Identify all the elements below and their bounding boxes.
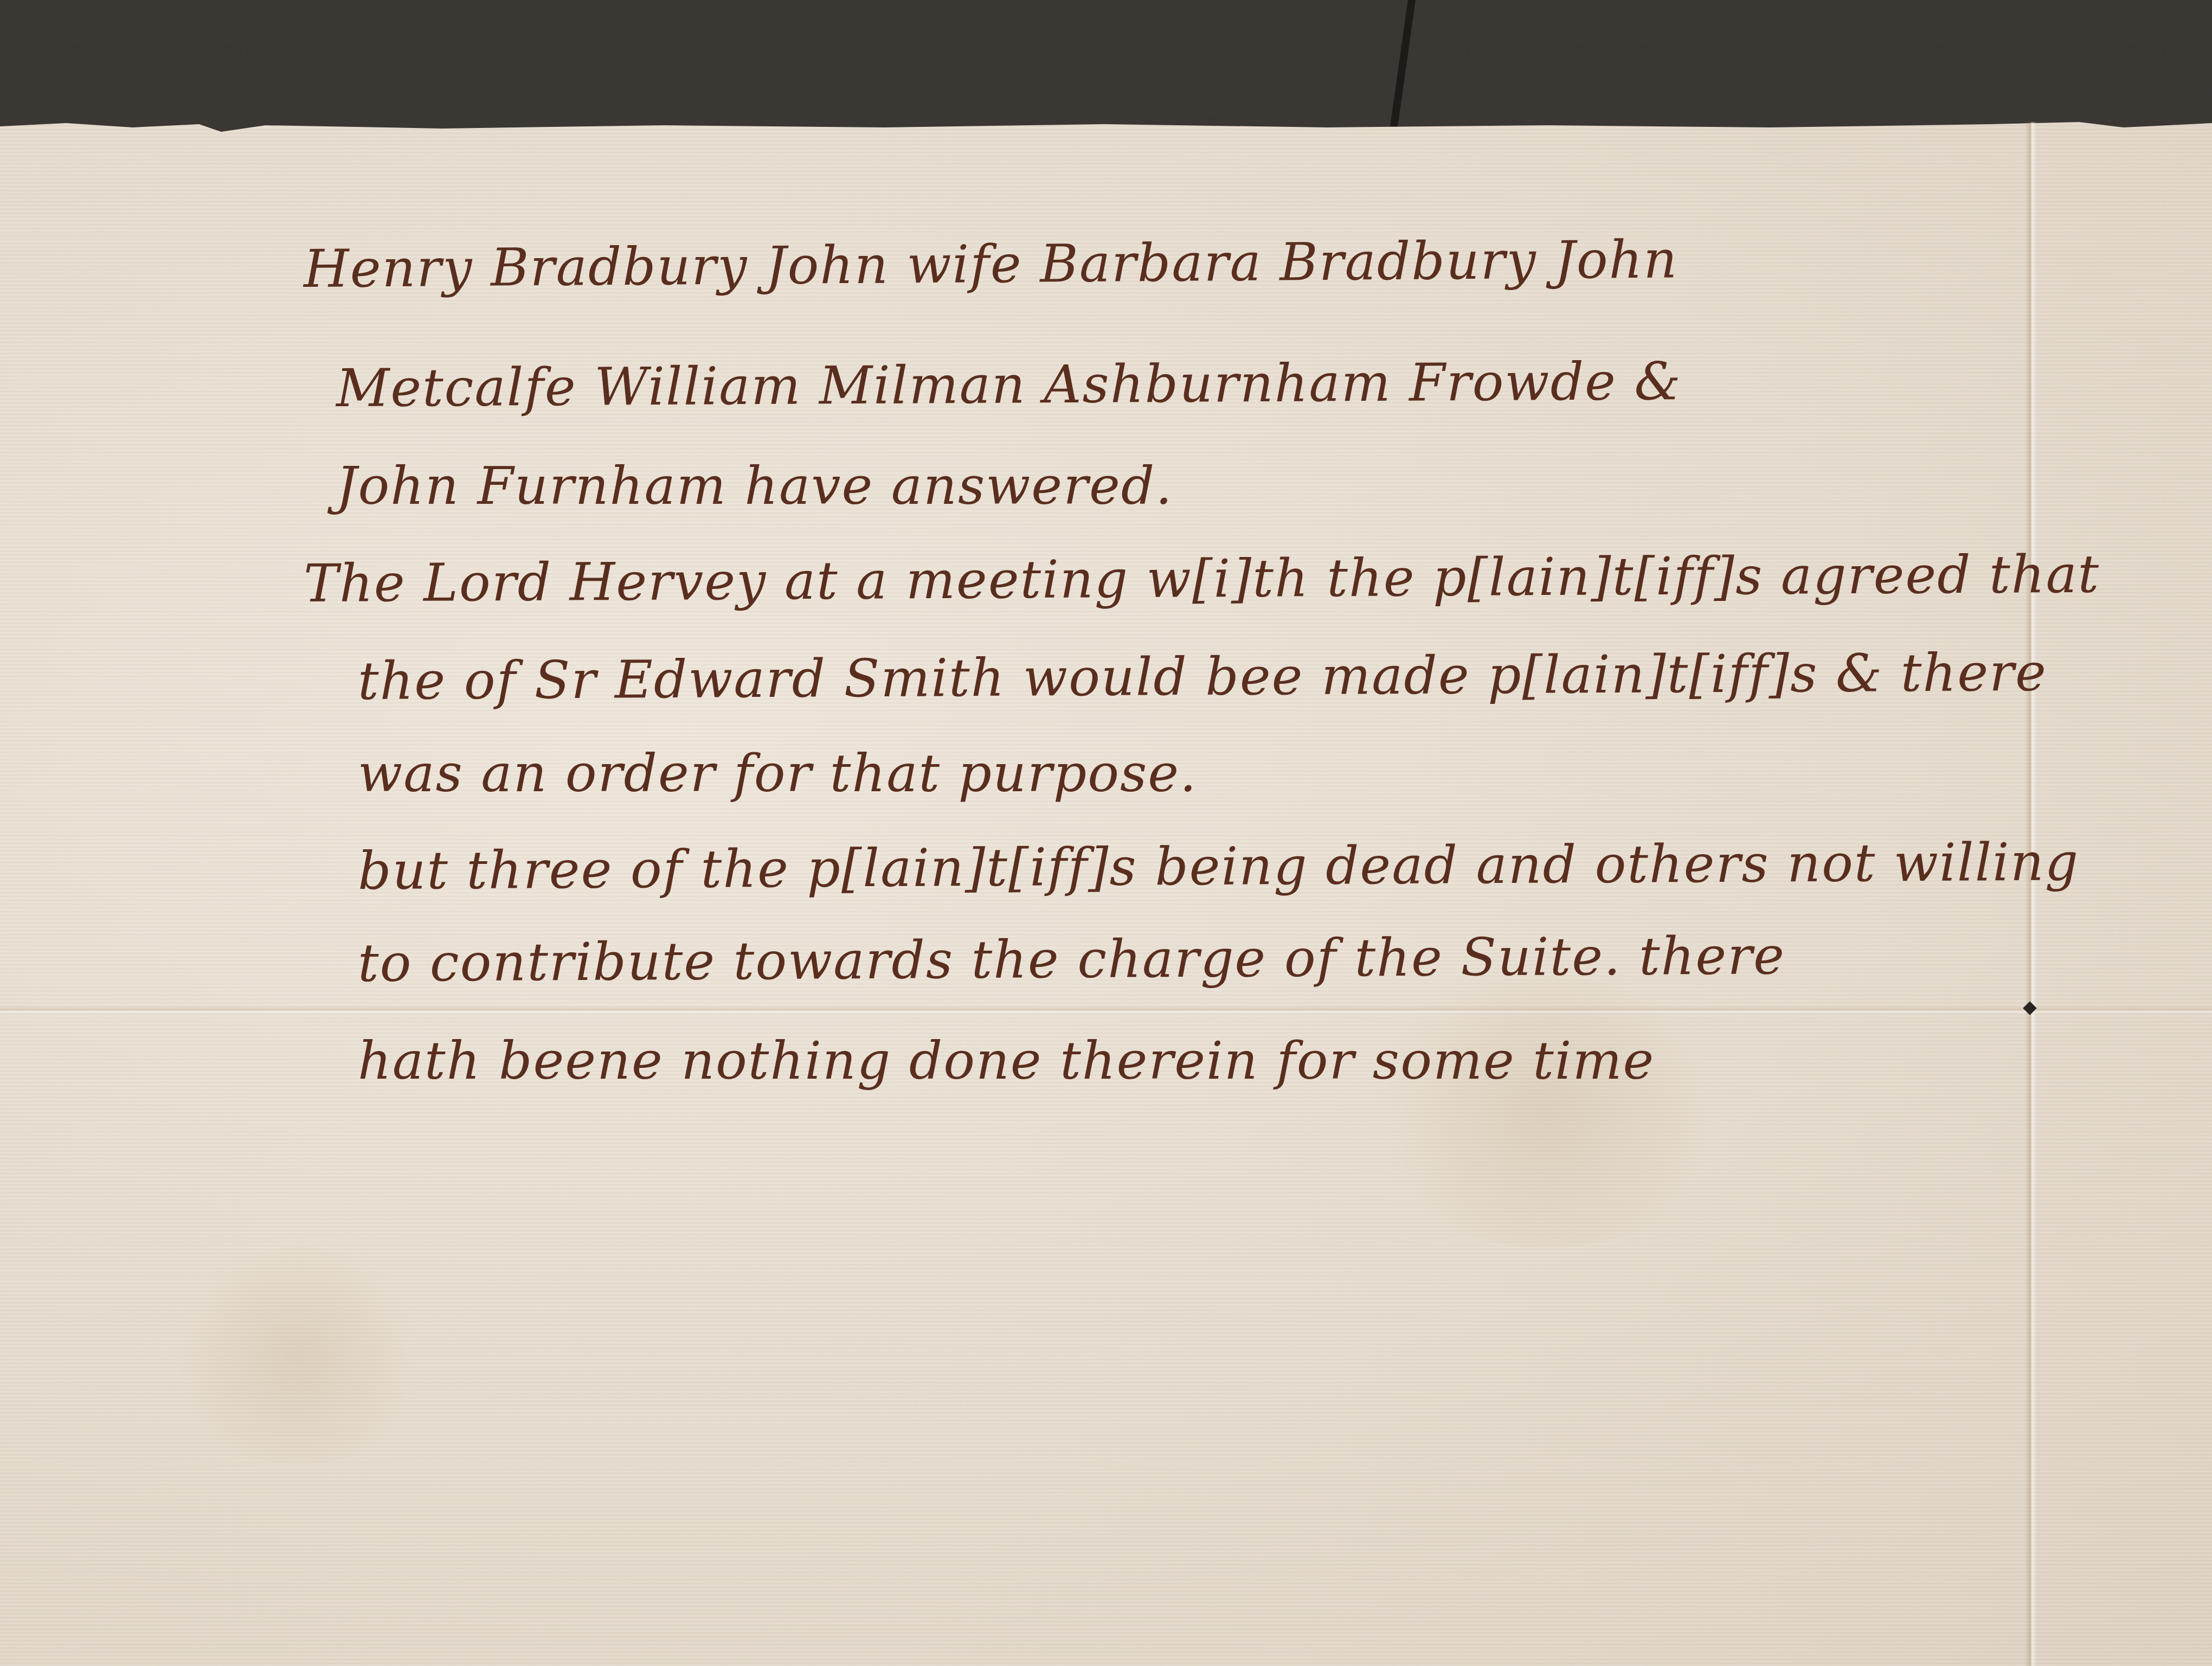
manuscript-line-5: the of Sr Edward Smith would bee made p[…: [358, 642, 2047, 712]
paper-stain: [163, 1247, 434, 1464]
vertical-fold-crease: [2025, 122, 2037, 1666]
manuscript-line-1: Henry Bradbury John wife Barbara Bradbur…: [304, 229, 1679, 299]
manuscript-line-6: was an order for that purpose.: [358, 743, 1198, 804]
photo-scene: Henry Bradbury John wife Barbara Bradbur…: [0, 0, 2212, 1666]
manuscript-line-2: Metcalfe William Milman Ashburnham Frowd…: [336, 351, 1682, 419]
horizontal-fold-crease: [0, 1006, 2212, 1014]
paper-stain: [1355, 976, 1735, 1247]
manuscript-line-7: but three of the p[lain]t[iff]s being de…: [358, 831, 2080, 901]
table-seam: [1390, 0, 1416, 130]
manuscript-line-4: The Lord Hervey at a meeting w[i]th the …: [304, 544, 2100, 614]
manuscript-line-9: hath beene nothing done therein for some…: [358, 1030, 1655, 1091]
manuscript-line-8: to contribute towards the charge of the …: [358, 925, 1786, 994]
manuscript-line-3: John Furnham have answered.: [336, 456, 1173, 516]
